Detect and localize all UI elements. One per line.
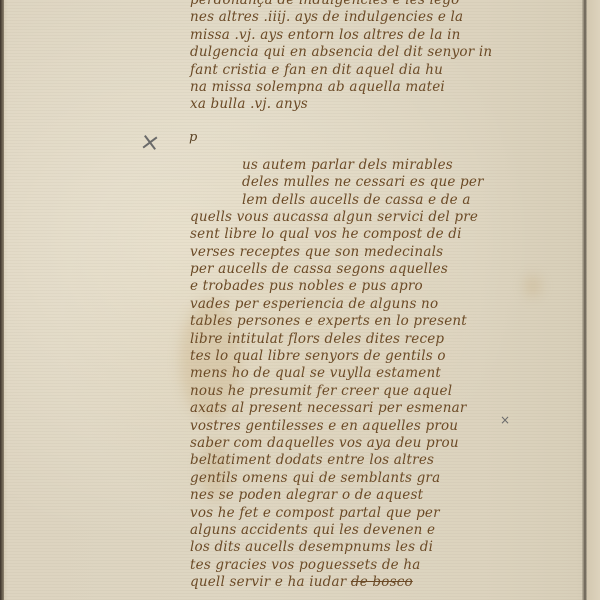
text-line: xa bulla .vj. anys — [190, 96, 490, 113]
adjacent-page-edge — [587, 0, 600, 600]
text-line: tes gracies vos poguessets de ha — [190, 557, 490, 574]
text-line: mens ho de qual se vuylla estament — [190, 365, 490, 382]
main-paragraph: us autem parlar dels mirables deles mull… — [190, 157, 490, 592]
initial-guide-letter: p — [189, 130, 197, 145]
text-line: lem dells aucells de cassa e de a — [190, 192, 490, 209]
text-line: gentils omens qui de semblants gra — [190, 470, 490, 487]
text-line: per aucells de cassa segons aquelles — [190, 261, 490, 278]
text-line: fant cristia e fan en dit aquel dia hu — [190, 62, 490, 79]
text-line: na missa solempna ab aquella matei — [190, 79, 490, 96]
text-line: missa .vj. ays entorn los altres de la i… — [190, 27, 490, 44]
text-line: alguns accidents qui les devenen e — [190, 522, 490, 539]
manuscript-text: perdonança de indulgencies e les legō ne… — [190, 0, 490, 592]
text-line: tes lo qual libre senyors de gentils o — [190, 348, 490, 365]
text-line: us autem parlar dels mirables — [190, 157, 490, 174]
text-line: quells vous aucassa algun servici del pr… — [190, 209, 490, 226]
text-line: sent libre lo qual vos he compost de di — [190, 226, 490, 243]
text-line: nes altres .iiij. ays de indulgencies e … — [190, 9, 490, 26]
margin-cross-mark: × — [138, 127, 162, 158]
text-line: dulgencia qui en absencia del dit senyor… — [190, 44, 490, 61]
text-line: tables persones e experts en lo present — [190, 313, 490, 330]
text-line: beltatiment dodats entre los altres — [190, 452, 490, 469]
manuscript-page: × × perdonança de indulgencies e les leg… — [0, 0, 600, 600]
page-left-edge — [0, 0, 4, 600]
text-line: saber com daquelles vos aya deu prou — [190, 435, 490, 452]
top-section: perdonança de indulgencies e les legō ne… — [190, 0, 490, 114]
text-line: deles mulles ne cessari es que per — [190, 174, 490, 191]
text-line: e trobades pus nobles e pus apro — [190, 278, 490, 295]
text-line: nes se poden alegrar o de aquest — [190, 487, 490, 504]
foxing-stain — [525, 275, 541, 297]
struck-through-word: de bosco — [351, 574, 413, 590]
text-line: libre intitulat flors deles dites recep — [190, 331, 490, 348]
text-line: axats al present necessari per esmenar — [190, 400, 490, 417]
margin-cross-mark-small: × — [500, 413, 510, 427]
text-line-last: quell servir e ha iudar de bosco — [190, 574, 490, 591]
text-line: vos he fet e compost partal que per — [190, 505, 490, 522]
text-line: perdonança de indulgencies e les legō — [190, 0, 490, 9]
text-line: los dits aucells desempnums les di — [190, 539, 490, 556]
text-line: vades per esperiencia de alguns no — [190, 296, 490, 313]
text-line: nous he presumit fer creer que aquel — [190, 383, 490, 400]
text-line: verses receptes que son medecinals — [190, 244, 490, 261]
text-line: vostres gentilesses e en aquelles prou — [190, 418, 490, 435]
text-line-content: quell servir e ha iudar — [190, 574, 346, 590]
paragraph-gap — [190, 114, 490, 157]
